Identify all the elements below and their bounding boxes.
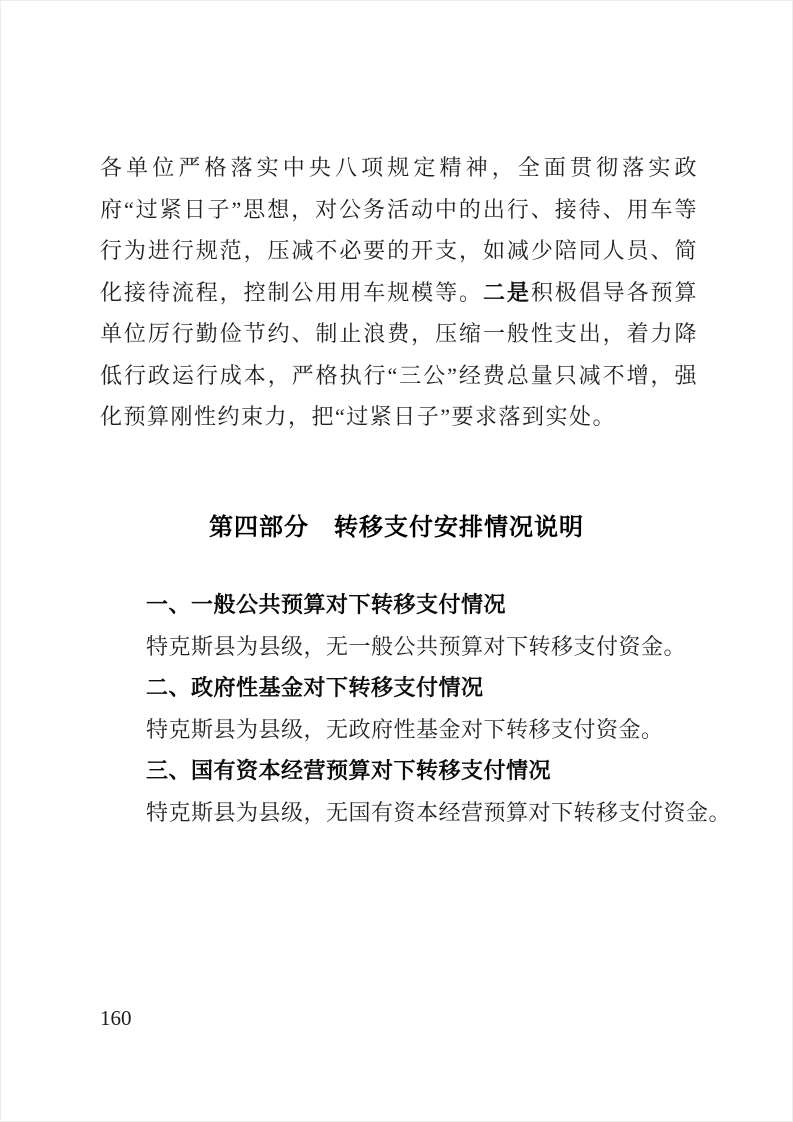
sections-block: 一、一般公共预算对下转移支付情况 特克斯县为县级，无一般公共预算对下转移支付资金… [146, 584, 746, 833]
document-page: 各单位严格落实中央八项规定精神，全面贯彻落实政府“过紧日子”思想，对公务活动中的… [0, 0, 793, 1122]
continued-paragraph: 各单位严格落实中央八项规定精神，全面贯彻落实政府“过紧日子”思想，对公务活动中的… [100, 147, 698, 438]
part-heading: 第四部分 转移支付安排情况说明 [1, 507, 792, 542]
section-2-paragraph: 特克斯县为县级，无政府性基金对下转移支付资金。 [146, 709, 746, 751]
paragraph-bold-lead: 二是 [483, 280, 531, 305]
section-1-heading: 一、一般公共预算对下转移支付情况 [146, 584, 746, 626]
section-1-paragraph: 特克斯县为县级，无一般公共预算对下转移支付资金。 [146, 626, 746, 668]
section-2-heading: 二、政府性基金对下转移支付情况 [146, 667, 746, 709]
page-number: 160 [100, 1006, 132, 1031]
section-3-paragraph: 特克斯县为县级，无国有资本经营预算对下转移支付资金。 [146, 792, 746, 834]
section-3-heading: 三、国有资本经营预算对下转移支付情况 [146, 750, 746, 792]
